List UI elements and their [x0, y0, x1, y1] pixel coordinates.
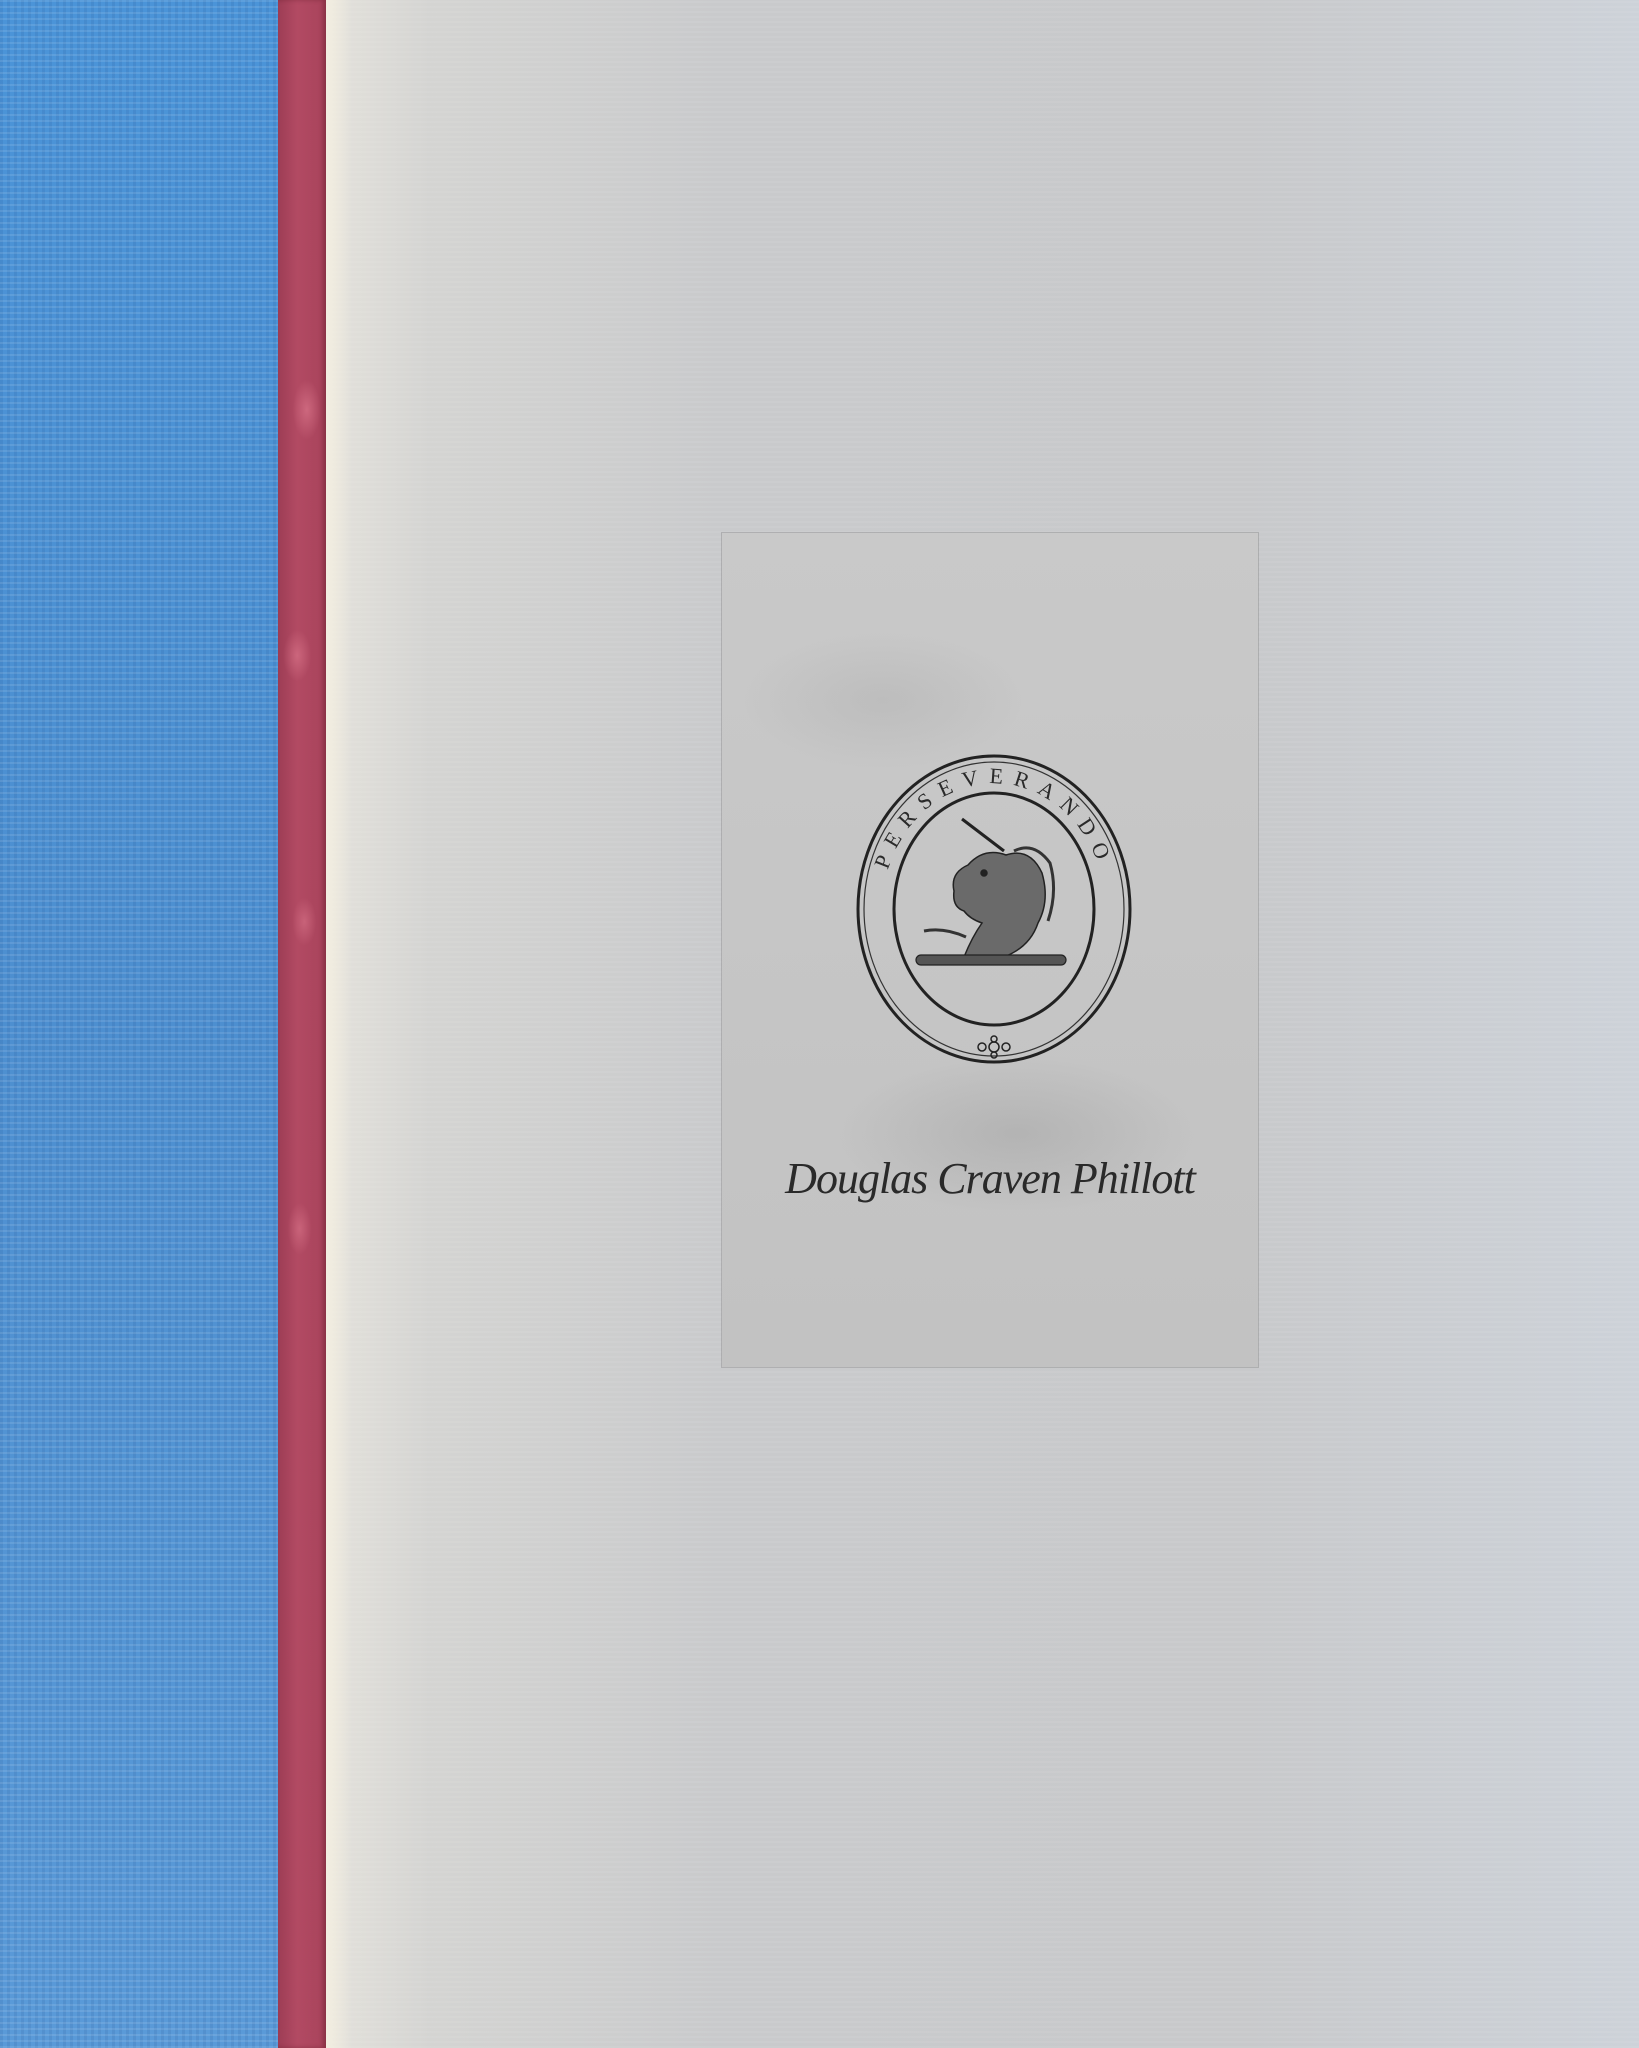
unicorn-icon: [924, 819, 1054, 957]
spine-edge: [278, 0, 326, 2048]
crest-oval-icon: PERSEVERANDO: [854, 751, 1134, 1067]
owner-name: Douglas Craven Phillott: [762, 1153, 1218, 1204]
page-gutter: [326, 0, 352, 2048]
rosette-icon: [978, 1036, 1010, 1058]
bookplate: PERSEVERANDO Douglas Craven Phillott: [722, 533, 1258, 1367]
cover-cloth: [0, 0, 282, 2048]
wreath-icon: [916, 955, 1066, 965]
